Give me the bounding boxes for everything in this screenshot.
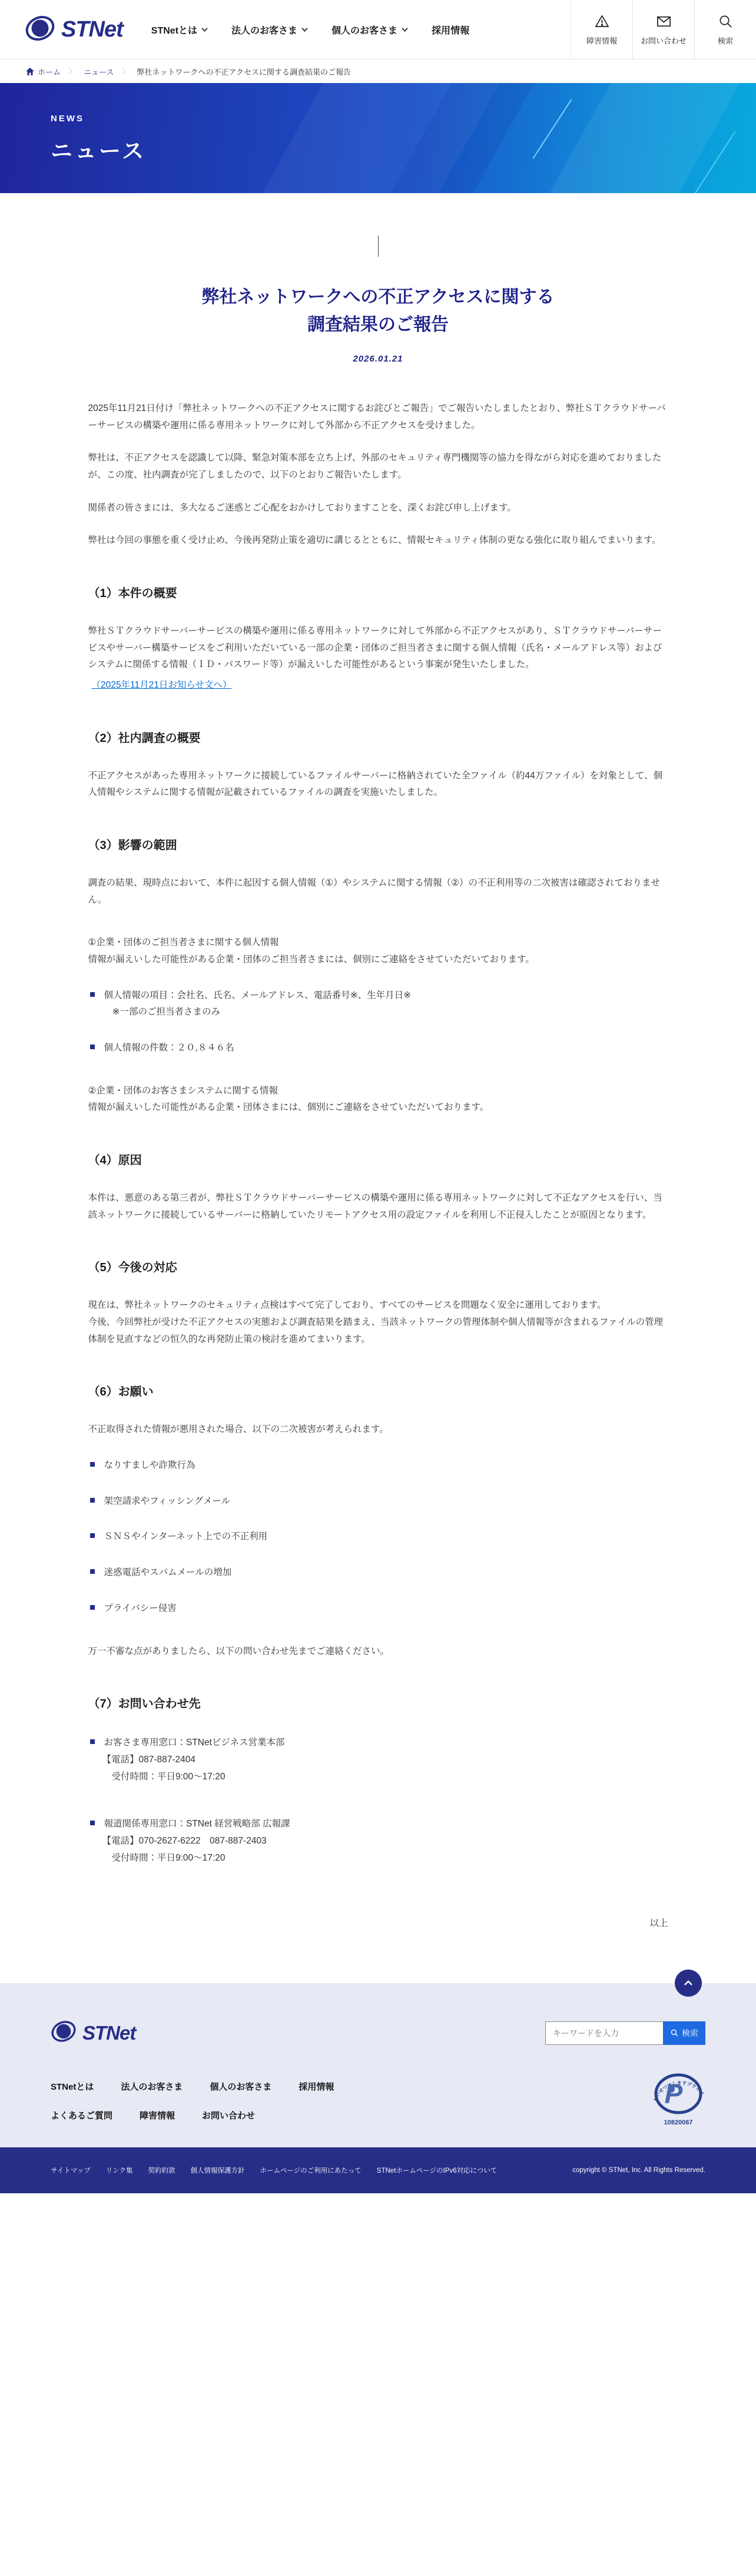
bottom-link-sitemap[interactable]: サイトマップ <box>51 2166 91 2175</box>
util-search[interactable]: 検索 <box>694 0 756 59</box>
section-heading-2: （2）社内調査の概要 <box>88 728 668 745</box>
util-label: お問い合わせ <box>641 35 687 46</box>
footer-link-faq[interactable]: よくあるご質問 <box>51 2109 112 2121</box>
breadcrumb-home-link[interactable]: ホーム <box>26 66 61 77</box>
bottom-link-terms[interactable]: 契約約款 <box>148 2166 175 2175</box>
chevron-down-icon <box>402 28 408 32</box>
section-6-paragraph: 不正取得された情報が悪用された場合、以下の二次被害が考えられます。 <box>88 1421 668 1438</box>
bullet-item: 架空請求やフィッシングメール <box>88 1493 668 1510</box>
section-2-paragraph: 不正アクセスがあった専用ネットワークに接続しているファイルサーバーに格納されてい… <box>88 768 668 801</box>
bullet-note: ※一部のご担当者さまのみ <box>104 1004 668 1021</box>
copyright: copyright © STNet, Inc. All Rights Reser… <box>572 2167 705 2174</box>
footer-top-row: STNet 検索 <box>51 2018 705 2047</box>
bullet-item: なりすましや詐欺行為 <box>88 1457 668 1474</box>
search-button-label: 検索 <box>682 2027 698 2039</box>
personal-info-subsection: ①企業・団体のご担当者さまに関する個人情報 情報が漏えいした可能性がある企業・団… <box>88 934 668 968</box>
logo-wordmark: STNet <box>61 17 123 42</box>
footer-link-business[interactable]: 法人のお客さま <box>121 2080 183 2093</box>
footer-link-recruit[interactable]: 採用情報 <box>299 2080 334 2093</box>
contact-group-press: 報道関係専用窓口：STNet 経営戦略部 広報課 【電話】070-2627-62… <box>88 1816 668 1866</box>
contact-hours: 受付時間：平日9:00～17:20 <box>88 1769 668 1786</box>
back-to-top-button[interactable] <box>675 1970 702 1997</box>
title-divider <box>378 236 379 257</box>
search-icon <box>670 2028 679 2037</box>
header-utilities: 障害情報 お問い合わせ 検索 <box>571 0 756 59</box>
article-title: 弊社ネットワークへの不正アクセスに関する 調査結果のご報告 <box>88 284 668 339</box>
nav-label: 採用情報 <box>432 23 469 37</box>
article-title-line1: 弊社ネットワークへの不正アクセスに関する <box>201 287 554 307</box>
bottom-link-links[interactable]: リンク集 <box>106 2166 133 2175</box>
intro-paragraph: 2025年11月21日付け「弊社ネットワークへの不正アクセスに関するお詫びとご報… <box>88 400 668 434</box>
section-heading-4: （4）原因 <box>88 1151 668 1168</box>
hero-title: ニュース <box>51 133 756 165</box>
header-logo[interactable]: STNet <box>0 0 123 59</box>
search-input[interactable] <box>545 2021 663 2045</box>
util-outage-info[interactable]: 障害情報 <box>571 0 632 59</box>
closing-text: 以上 <box>88 1916 668 1983</box>
section-heading-6: （6）お願い <box>88 1382 668 1399</box>
section-heading-3: （3）影響の範囲 <box>88 836 668 853</box>
footer-nav-row1: STNetとは 法人のお客さま 個人のお客さま 採用情報 <box>51 2080 705 2093</box>
bullet-item: 報道関係専用窓口：STNet 経営戦略部 広報課 <box>88 1816 668 1833</box>
contact-group-customer: お客さま専用窓口：STNetビジネス営業本部 【電話】087-887-2404 … <box>88 1735 668 1785</box>
bullet-item: 個人情報の項目：会社名、氏名、メールアドレス、電話番号※、生年月日※ ※一部のご… <box>88 987 668 1021</box>
footer-link-outage[interactable]: 障害情報 <box>140 2109 175 2121</box>
section-heading-1: （1）本件の概要 <box>88 584 668 601</box>
section-5-paragraphs: 現在は、弊社ネットワークのセキュリティ点検はすべて完了しており、すべてのサービス… <box>88 1297 668 1348</box>
hero-eyebrow: NEWS <box>51 114 756 124</box>
article-date: 2026.01.21 <box>88 354 668 364</box>
bullet-text: プライバシー侵害 <box>104 1600 668 1617</box>
section-5-paragraph: 今後、今回弊社が受けた不正アクセスの実態および調査結果を踏まえ、当該ネットワーク… <box>88 1314 668 1348</box>
contact-phone: 【電話】070-2627-6222 087-887-2403 <box>88 1833 668 1850</box>
section-6-paragraph: 万一不審な点がありましたら、以下の問い合わせ先までご連絡ください。 <box>88 1643 668 1660</box>
privacy-number: 10820067 <box>664 2119 693 2126</box>
nav-item-personal[interactable]: 個人のお客さま <box>331 23 408 37</box>
nav-label: 法人のお客さま <box>231 23 297 37</box>
nav-item-about[interactable]: STNetとは <box>151 23 208 37</box>
section-4-paragraph: 本件は、悪意のある第三者が、弊社ＳＴクラウドサーバーサービスの構築や運用に係る専… <box>88 1190 668 1224</box>
home-icon <box>26 68 34 75</box>
footer-link-about[interactable]: STNetとは <box>51 2080 94 2093</box>
bottom-link-ipv6[interactable]: STNetホームページのIPv6対応について <box>377 2166 498 2175</box>
stnet-logo-icon <box>51 2018 77 2047</box>
breadcrumb-news-link[interactable]: ニュース <box>84 66 114 77</box>
main-nav: STNetとは 法人のお客さま 個人のお客さま 採用情報 <box>151 0 469 59</box>
privacy-mark-icon: たいせつにしますプライバシー P 10820067 <box>650 2066 707 2130</box>
page: STNet STNetとは 法人のお客さま 個人のお客さま 採用情報 <box>0 0 756 2576</box>
bottom-link-privacy-policy[interactable]: 個人情報保護方針 <box>191 2166 245 2175</box>
bullet-item: ＳＮＳやインターネット上での不正利用 <box>88 1529 668 1546</box>
bullet-item: 迷惑電話やスパムメールの増加 <box>88 1564 668 1582</box>
bullet-text: 個人情報の件数：２０,８４６名 <box>104 1040 668 1057</box>
mail-icon <box>656 14 672 29</box>
bullet-text: 迷惑電話やスパムメールの増加 <box>104 1564 668 1582</box>
util-label: 検索 <box>718 35 733 46</box>
breadcrumb-current: 弊社ネットワークへの不正アクセスに関する調査結果のご報告 <box>137 66 351 77</box>
intro-paragraph: 弊社は、不正アクセスを認識して以降、緊急対策本部を立ち上げ、外部のセキュリティ専… <box>88 450 668 483</box>
nav-label: STNetとは <box>151 23 197 37</box>
chevron-up-icon <box>684 1980 693 1986</box>
bullet-text: 個人情報の項目：会社名、氏名、メールアドレス、電話番号※、生年月日※ <box>104 987 668 1004</box>
bottom-whitespace <box>0 2193 756 2576</box>
section-3-paragraph: 調査の結果、現時点において、本件に起因する個人情報（①）やシステムに関する情報（… <box>88 875 668 909</box>
contact-title: お客さま専用窓口：STNetビジネス営業本部 <box>104 1735 668 1752</box>
bottom-link-site-usage[interactable]: ホームページのご利用にあたって <box>260 2166 362 2175</box>
subsection-paragraph: 情報が漏えいした可能性がある企業・団体さまには、個別にご連絡をさせていただいてお… <box>88 1099 668 1116</box>
breadcrumb-separator: 〉 <box>69 67 75 76</box>
article-intro: 2025年11月21日付け「弊社ネットワークへの不正アクセスに関するお詫びとご報… <box>88 400 668 549</box>
article: 弊社ネットワークへの不正アクセスに関する 調査結果のご報告 2026.01.21… <box>88 193 668 1983</box>
hero-banner: NEWS ニュース <box>0 83 756 193</box>
chevron-down-icon <box>301 28 308 32</box>
stnet-logo-icon <box>25 13 55 47</box>
footer-link-contact[interactable]: お問い合わせ <box>202 2109 255 2121</box>
nav-item-recruit[interactable]: 採用情報 <box>432 23 469 37</box>
section-5-paragraph: 現在は、弊社ネットワークのセキュリティ点検はすべて完了しており、すべてのサービス… <box>88 1297 668 1314</box>
site-header: STNet STNetとは 法人のお客さま 個人のお客さま 採用情報 <box>0 0 756 59</box>
intro-paragraph: 弊社は今回の事態を重く受け止め、今後再発防止策を適切に講じるとともに、情報セキュ… <box>88 532 668 549</box>
notice-link[interactable]: （2025年11月21日お知らせ文へ） <box>88 677 232 694</box>
util-contact[interactable]: お問い合わせ <box>632 0 694 59</box>
section-1-paragraph: 弊社ＳＴクラウドサーバーサービスの構築や運用に係る専用ネットワークに対して外部か… <box>88 623 668 674</box>
alert-triangle-icon <box>594 14 610 29</box>
search-icon <box>718 14 734 29</box>
subsection-title: ①企業・団体のご担当者さまに関する個人情報 <box>88 934 668 952</box>
logo-wordmark: STNet <box>82 2022 135 2044</box>
nav-label: 個人のお客さま <box>331 23 397 37</box>
section-heading-7: （7）お問い合わせ先 <box>88 1694 668 1711</box>
bullet-text: ＳＮＳやインターネット上での不正利用 <box>104 1529 668 1546</box>
bullet-item: 個人情報の件数：２０,８４６名 <box>88 1040 668 1057</box>
subsection-paragraph: 情報が漏えいした可能性がある企業・団体のご担当者さまには、個別にご連絡をさせてい… <box>88 952 668 969</box>
bullet-text: なりすましや詐欺行為 <box>104 1457 668 1474</box>
nav-item-business[interactable]: 法人のお客さま <box>231 23 308 37</box>
bullet-item: お客さま専用窓口：STNetビジネス営業本部 <box>88 1735 668 1752</box>
search-button[interactable]: 検索 <box>663 2021 705 2045</box>
footer-logo[interactable]: STNet <box>51 2018 135 2047</box>
bottom-bar: サイトマップ リンク集 契約約款 個人情報保護方針 ホームページのご利用にあたっ… <box>0 2147 756 2193</box>
hero-content: NEWS ニュース <box>0 83 756 165</box>
customer-system-subsection: ②企業・団体のお客さまシステムに関する情報 情報が漏えいした可能性がある企業・団… <box>88 1083 668 1116</box>
subsection-title: ②企業・団体のお客さまシステムに関する情報 <box>88 1083 668 1100</box>
footer-search: 検索 <box>545 2021 705 2045</box>
intro-paragraph: 関係者の皆さまには、多大なるご迷惑とご心配をおかけしておりますことを、深くお詫び… <box>88 500 668 517</box>
bullet-item: プライバシー侵害 <box>88 1600 668 1617</box>
section-heading-5: （5）今後の対応 <box>88 1258 668 1275</box>
site-footer: STNet 検索 STNetとは 法人のお客さま 個人のお客さま 採用情報 よく… <box>0 1983 756 2147</box>
contact-hours: 受付時間：平日9:00～17:20 <box>88 1850 668 1867</box>
util-label: 障害情報 <box>586 35 617 46</box>
contact-title: 報道関係専用窓口：STNet 経営戦略部 広報課 <box>104 1816 668 1833</box>
privacy-letter: P <box>665 2078 683 2109</box>
footer-link-personal[interactable]: 個人のお客さま <box>210 2080 271 2093</box>
chevron-down-icon <box>201 28 208 32</box>
breadcrumb-home-label: ホーム <box>38 66 61 77</box>
article-title-line2: 調査結果のご報告 <box>307 315 449 334</box>
breadcrumb-separator: 〉 <box>122 67 128 76</box>
footer-nav-row2: よくあるご質問 障害情報 お問い合わせ <box>51 2109 705 2121</box>
bullet-text: 架空請求やフィッシングメール <box>104 1493 668 1510</box>
breadcrumb: ホーム 〉 ニュース 〉 弊社ネットワークへの不正アクセスに関する調査結果のご報… <box>0 59 756 83</box>
contact-phone: 【電話】087-887-2404 <box>88 1752 668 1769</box>
